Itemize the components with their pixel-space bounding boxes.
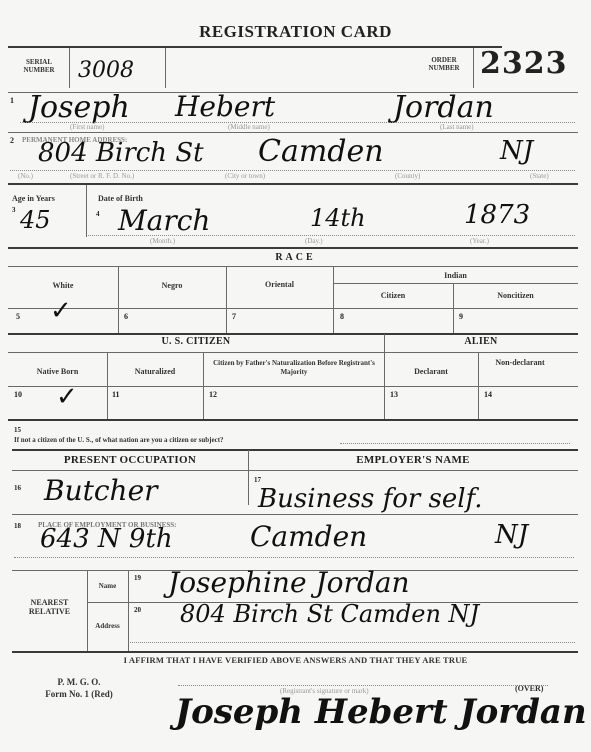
birth-year-caption: (Year.) [470, 237, 489, 245]
alien-header: ALIEN [384, 336, 578, 347]
card-title: REGISTRATION CARD [0, 22, 591, 42]
race-indian-header: Indian [333, 271, 578, 280]
place-of-employment-state: NJ [495, 520, 528, 550]
field-6-number: 6 [124, 312, 128, 321]
field-17-number: 17 [254, 476, 261, 484]
field-9-number: 9 [459, 312, 463, 321]
field-7-number: 7 [232, 312, 236, 321]
order-number-label: ORDER NUMBER [418, 56, 470, 72]
relative-name-value: Josephine Jordan [168, 566, 410, 599]
field-10-number: 10 [14, 390, 22, 399]
address-no-caption: (No.) [18, 172, 33, 180]
middle-name-value: Hebert [175, 90, 275, 123]
place-of-employment-city: Camden [250, 520, 367, 553]
field-18-number: 18 [14, 522, 21, 530]
field-2-number: 2 [10, 136, 14, 145]
race-white-label: White [8, 281, 118, 290]
address-state-caption: (State) [530, 172, 549, 180]
us-citizen-header: U. S. CITIZEN [8, 336, 384, 347]
first-name-value: Joseph [28, 90, 130, 125]
nationality-question: If not a citizen of the U. S., of what n… [14, 436, 224, 445]
serial-number-value: 3008 [78, 58, 134, 83]
occupation-header: PRESENT OCCUPATION [12, 454, 248, 466]
address-city-caption: (City or town) [225, 172, 265, 180]
address-county-caption: (County) [395, 172, 420, 180]
registrant-signature: Joseph Hebert Jordan [175, 692, 587, 732]
field-5-number: 5 [16, 312, 20, 321]
birth-year-value: 1873 [464, 200, 530, 230]
race-indian-noncitizen-label: Noncitizen [453, 291, 578, 300]
relative-address-label: Address [87, 622, 128, 631]
relative-name-label: Name [87, 582, 128, 591]
race-white-checkmark: ✓ [50, 296, 72, 326]
field-19-number: 19 [134, 574, 141, 582]
relative-address-value: 804 Birch St Camden NJ [180, 600, 479, 628]
birth-month-value: March [118, 204, 210, 237]
form-number-label: Form No. 1 (Red) [14, 690, 144, 699]
home-street-value: 804 Birch St [38, 138, 204, 168]
address-street-caption: (Street or R. F. D. No.) [70, 172, 134, 180]
place-of-employment-value: 643 N 9th [40, 524, 173, 554]
field-11-number: 11 [112, 390, 120, 399]
citizen-by-father-label: Citizen by Father's Naturalization Befor… [210, 359, 378, 377]
employer-header: EMPLOYER'S NAME [248, 454, 578, 466]
middle-name-caption: (Middle name) [228, 123, 270, 131]
registration-card: REGISTRATION CARD SERIAL NUMBER 3008 ORD… [0, 0, 591, 752]
birth-day-value: 14th [310, 204, 366, 232]
nearest-relative-label: NEAREST RELATIVE [12, 598, 87, 616]
field-3-number: 3 [12, 206, 16, 214]
race-oriental-label: Oriental [226, 280, 333, 289]
birth-month-caption: (Month.) [150, 237, 175, 245]
birth-day-caption: (Day.) [305, 237, 323, 245]
race-negro-label: Negro [118, 281, 226, 290]
field-13-number: 13 [390, 390, 398, 399]
field-16-number: 16 [14, 484, 21, 492]
field-1-number: 1 [10, 96, 14, 105]
native-born-checkmark: ✓ [56, 382, 78, 412]
employer-value: Business for self. [258, 484, 483, 514]
declarant-label: Declarant [384, 367, 478, 376]
occupation-value: Butcher [44, 474, 158, 507]
pmgo-label: P. M. G. O. [14, 678, 144, 687]
race-header: RACE [0, 252, 591, 263]
affirmation-text: I AFFIRM THAT I HAVE VERIFIED ABOVE ANSW… [0, 656, 591, 665]
field-4-number: 4 [96, 210, 100, 218]
home-city-value: Camden [258, 134, 384, 169]
first-name-caption: (First name) [70, 123, 104, 131]
field-14-number: 14 [484, 390, 492, 399]
order-number-value: 2323 [480, 46, 568, 81]
native-born-label: Native Born [8, 367, 107, 376]
last-name-caption: (Last name) [440, 123, 474, 131]
field-12-number: 12 [209, 390, 217, 399]
race-indian-citizen-label: Citizen [333, 291, 453, 300]
non-declarant-label: Non-declarant [490, 358, 550, 367]
field-15-number: 15 [14, 426, 21, 434]
naturalized-label: Naturalized [107, 367, 203, 376]
field-20-number: 20 [134, 606, 141, 614]
age-label: Age in Years [12, 194, 55, 203]
serial-number-label: SERIAL NUMBER [10, 58, 68, 74]
field-8-number: 8 [340, 312, 344, 321]
home-state-value: NJ [500, 136, 533, 166]
last-name-value: Jordan [393, 90, 494, 125]
age-value: 45 [20, 206, 51, 234]
date-of-birth-label: Date of Birth [98, 194, 143, 203]
